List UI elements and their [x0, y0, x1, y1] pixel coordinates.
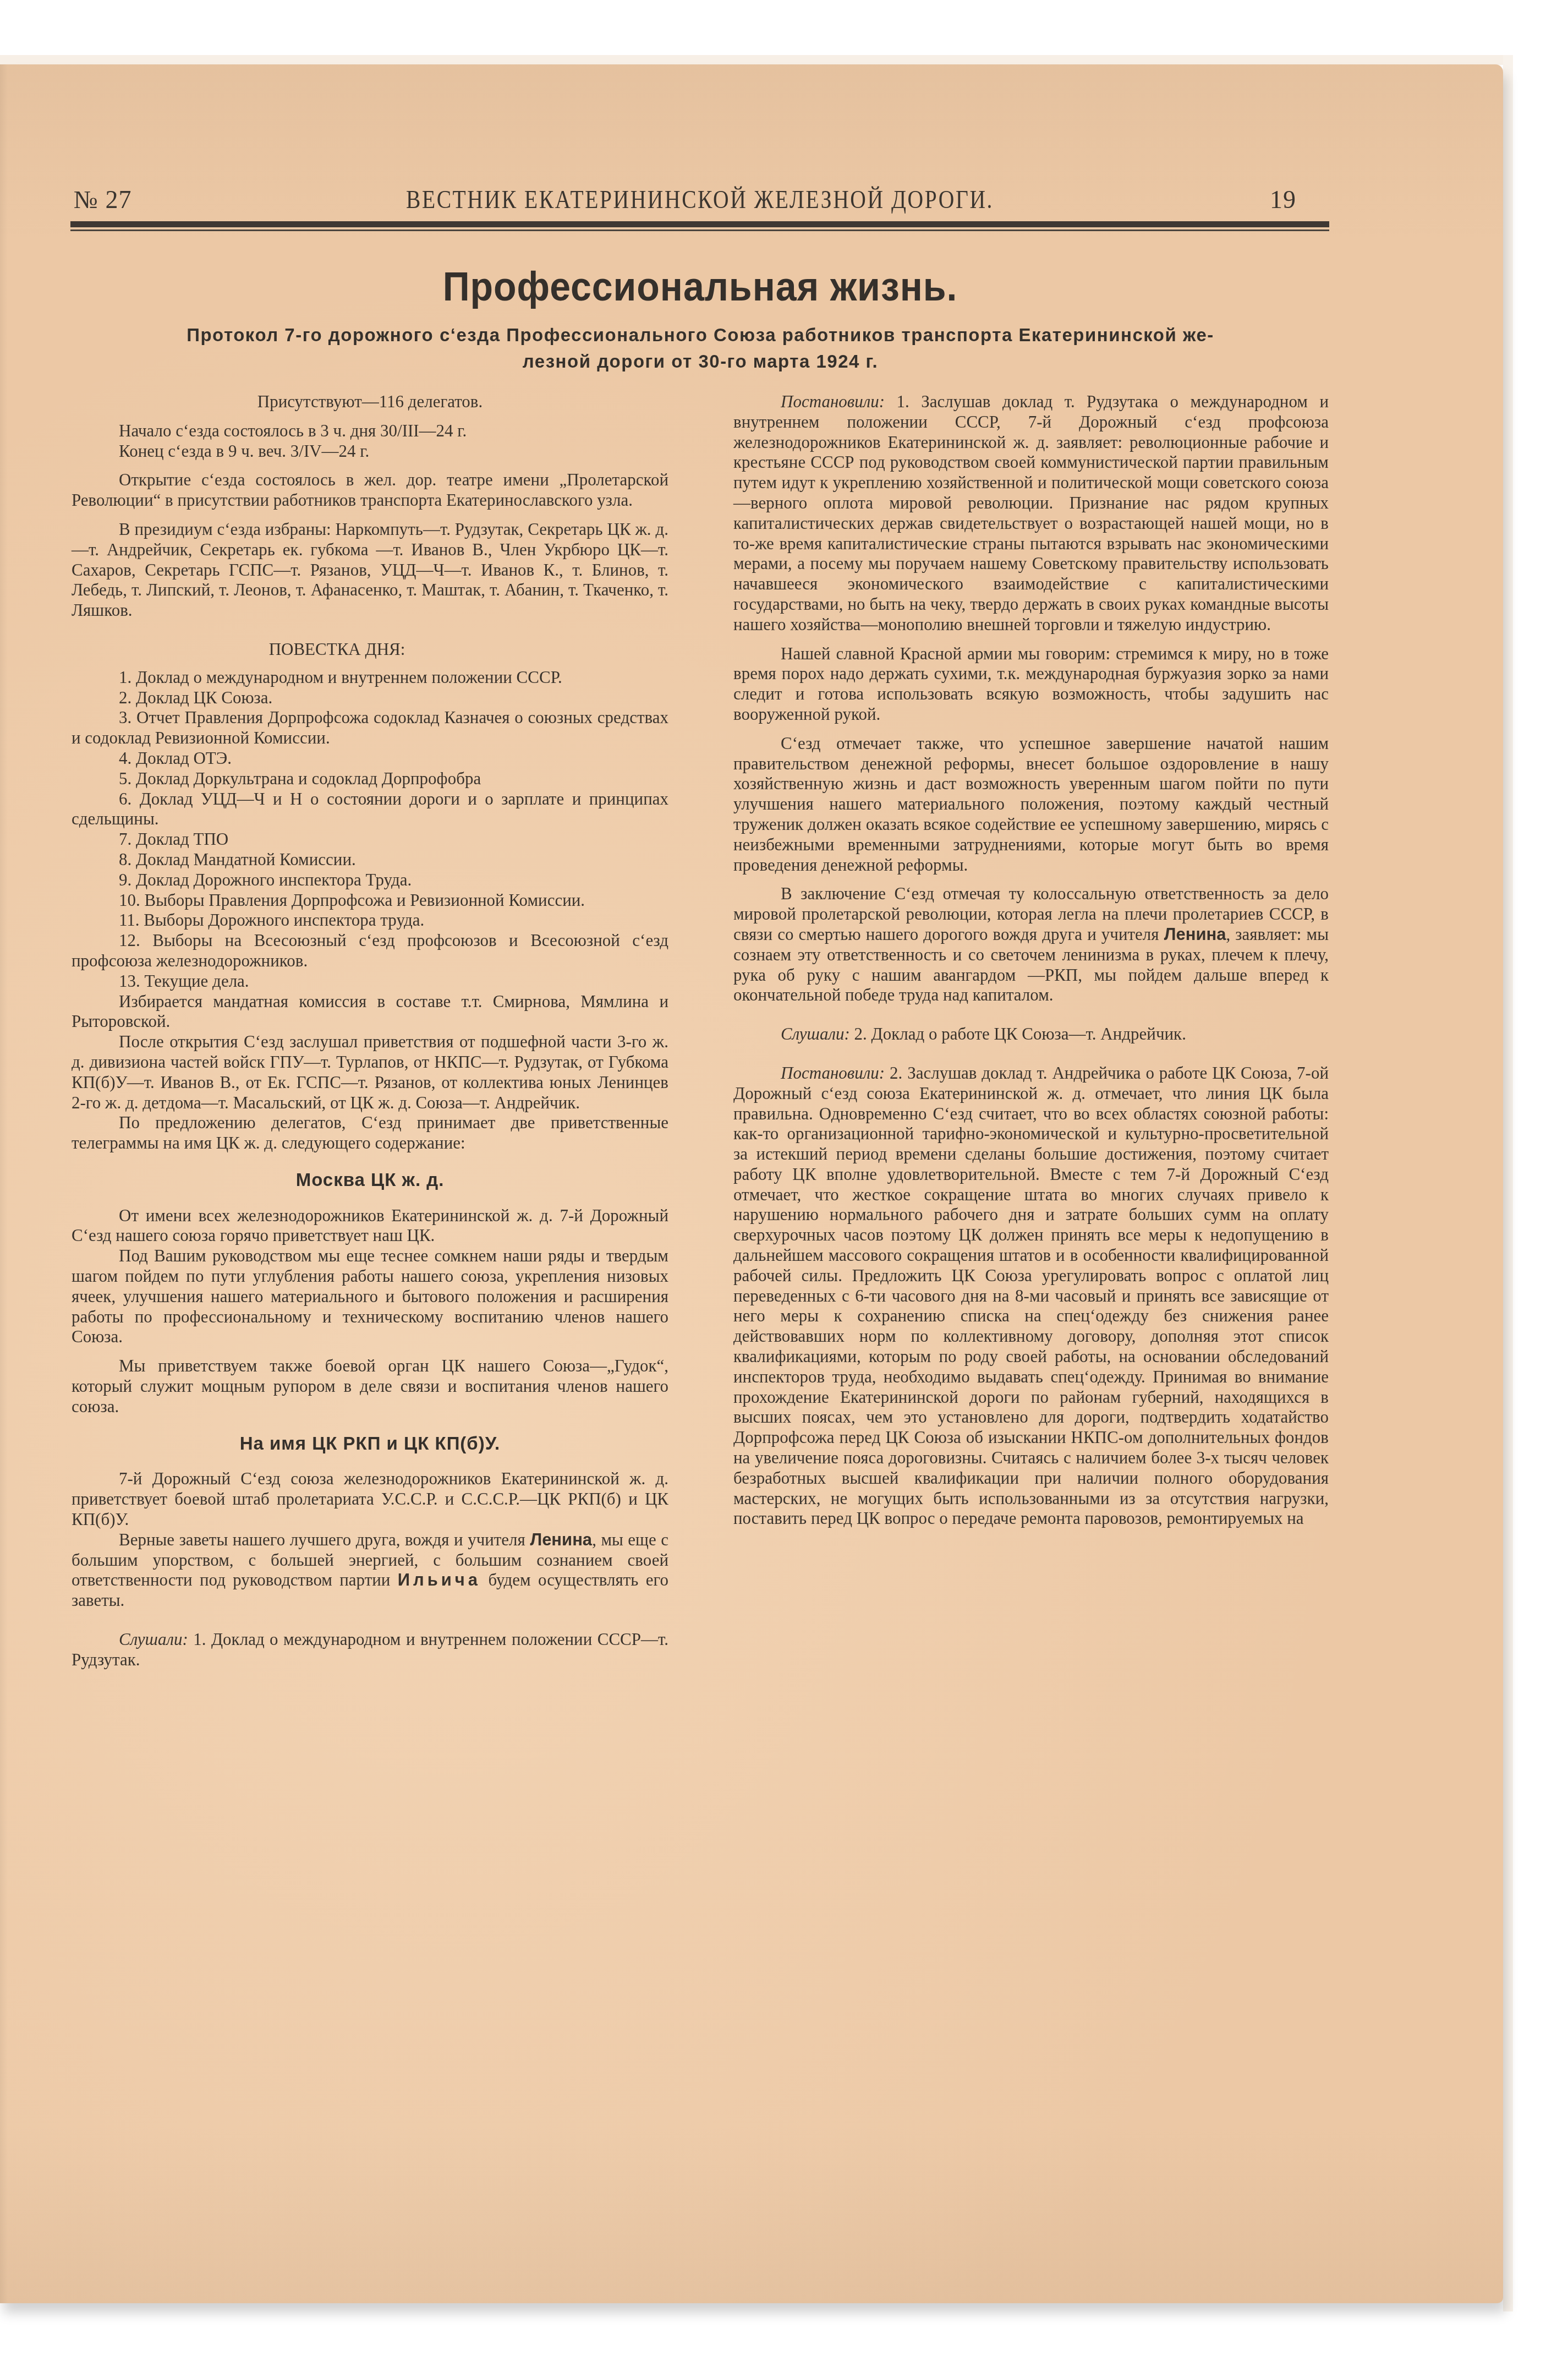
agenda-item: 7. Доклад ТПО: [72, 829, 668, 850]
subtitle-line-1: Протокол 7-го дорожного с‘езда Профессио…: [70, 322, 1330, 348]
telegrams-intro: По предложению делегатов, С‘езд принимае…: [72, 1113, 668, 1154]
agenda-item: 2. Доклад ЦК Союза.: [72, 688, 668, 708]
header-rule-thick: [70, 221, 1329, 227]
heard-text: 2. Доклад о работе ЦК Союза—т. Андрейчик…: [850, 1024, 1186, 1043]
header-rule-thin: [70, 229, 1329, 231]
section-title: Профессиональная жизнь.: [56, 263, 1344, 310]
resolved-label: Постановили:: [781, 1063, 885, 1083]
congress-end: Конец с‘езда в 9 ч. веч. 3/IV—24 г.: [72, 441, 668, 462]
resolution-text: 1. Заслушав доклад т. Рудзутака о междун…: [733, 392, 1329, 634]
issue-number: № 27: [74, 185, 131, 214]
opening-paragraph: Открытие с‘езда состоялось в жел. дор. т…: [72, 470, 668, 511]
resolved-label: Постановили:: [781, 392, 885, 411]
text-run: Верные заветы нашего лучшего друга, вожд…: [119, 1530, 530, 1549]
heard-item-2: Слушали: 2. Доклад о работе ЦК Союза—т. …: [733, 1024, 1329, 1045]
agenda-item: 8. Доклад Мандатной Комиссии.: [72, 850, 668, 870]
agenda-item: 12. Выборы на Всесоюзный с‘езд профсоюзо…: [72, 931, 668, 971]
heard-label: Слушали:: [781, 1024, 850, 1043]
heard-item-1: Слушали: 1. Доклад о международном и вну…: [72, 1630, 668, 1670]
scan-border-right: [1503, 55, 1513, 2311]
greetings-paragraph: После открытия С‘езд заслушал приветстви…: [72, 1032, 668, 1113]
resolution-1: Постановили: 1. Заслушав доклад т. Рудзу…: [733, 392, 1329, 635]
presidium-paragraph: В президиум с‘езда избраны: Наркомпуть—т…: [72, 520, 668, 621]
agenda-item: 6. Доклад УЦД—Ч и Н о состоянии дороги и…: [72, 789, 668, 830]
telegram-2-heading: На имя ЦК РКП и ЦК КП(б)У.: [72, 1434, 668, 1454]
attendance: Присутствуют—116 делегатов.: [72, 392, 668, 412]
running-head: № 27 ВЕСТНИК ЕКАТЕРИНИНСКОЙ ЖЕЛЕЗНОЙ ДОР…: [70, 185, 1329, 218]
telegram-2-paragraph-2: Верные заветы нашего лучшего друга, вожд…: [72, 1530, 668, 1611]
left-column: Присутствуют—116 делегатов. Начало с‘езд…: [72, 392, 668, 1670]
name-ilyich: Ильича: [398, 1570, 481, 1589]
telegram-1-paragraph: От имени всех железнодорожников Екатерин…: [72, 1206, 668, 1247]
right-column: Постановили: 1. Заслушав доклад т. Рудзу…: [733, 392, 1329, 1529]
article-subtitle: Протокол 7-го дорожного с‘езда Профессио…: [70, 322, 1330, 375]
agenda-item: 9. Доклад Дорожного инспектора Труда.: [72, 870, 668, 890]
army-paragraph: Нашей славной Красной армии мы говорим: …: [733, 644, 1329, 725]
agenda-item: 10. Выборы Правления Дорпрофсожа и Ревиз…: [72, 890, 668, 911]
reform-paragraph: С‘езд отмечает также, что успешное завер…: [733, 734, 1329, 876]
resolution-2: Постановили: 2. Заслушав доклад т. Андре…: [733, 1063, 1329, 1529]
agenda-item: 4. Доклад ОТЭ.: [72, 748, 668, 769]
congress-start: Начало с‘езда состоялось в 3 ч. дня 30/I…: [72, 421, 668, 441]
journal-title: ВЕСТНИК ЕКАТЕРИНИНСКОЙ ЖЕЛЕЗНОЙ ДОРОГИ.: [158, 185, 1241, 214]
telegram-2-paragraph: 7-й Дорожный С‘езд союза железнодорожник…: [72, 1469, 668, 1529]
agenda-item: 11. Выборы Дорожного инспектора труда.: [72, 910, 668, 931]
agenda-item: 3. Отчет Правления Дорпрофсожа содоклад …: [72, 708, 668, 748]
telegram-1-paragraph: Под Вашим руководством мы еще теснее сом…: [72, 1246, 668, 1347]
mandate-commission: Избирается мандатная комиссия в составе …: [72, 992, 668, 1032]
name-lenin: Ленина: [530, 1530, 592, 1549]
agenda-heading: ПОВЕСТКА ДНЯ:: [72, 640, 668, 660]
agenda-item: 1. Доклад о международном и внутреннем п…: [72, 668, 668, 688]
telegram-1-heading: Москва ЦК ж. д.: [72, 1170, 668, 1190]
subtitle-line-2: лезной дороги от 30-го марта 1924 г.: [70, 348, 1330, 375]
conclusion-paragraph: В заключение С‘езд отмечая ту колоссальн…: [733, 884, 1329, 1005]
heard-label: Слушали:: [119, 1630, 188, 1649]
agenda-list: 1. Доклад о международном и внутреннем п…: [72, 668, 668, 992]
resolution-text: 2. Заслушав доклад т. Андрейчика о работ…: [733, 1063, 1329, 1528]
scan-border-top: [0, 55, 1513, 65]
page-number: 19: [1270, 185, 1296, 214]
telegram-1-paragraph: Мы приветствуем также боевой орган ЦК на…: [72, 1356, 668, 1417]
agenda-item: 13. Текущие дела.: [72, 971, 668, 992]
agenda-item: 5. Доклад Доркультрана и содоклад Дорпро…: [72, 769, 668, 789]
name-lenin: Ленина: [1164, 925, 1226, 944]
